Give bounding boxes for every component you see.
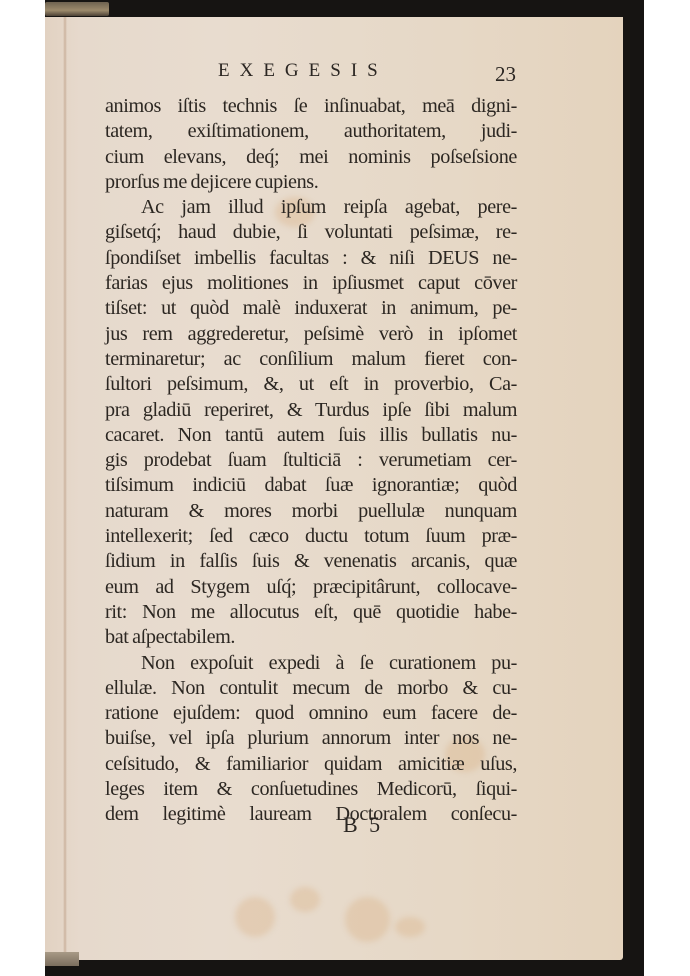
- text-line: terminaretur; ac conſilium malum fieret …: [105, 347, 517, 372]
- foxing-stain: [345, 897, 390, 942]
- text-line: ceſsitudo, & familiarior quidam amicitiæ…: [105, 752, 517, 777]
- text-line: tatem, exiſtimationem, authoritatem, jud…: [105, 119, 517, 144]
- body-text: animos iſtis technis ſe inſinuabat, meā …: [105, 94, 517, 828]
- text-line: buiſse, vel ipſa plurium annorum inter n…: [105, 726, 517, 751]
- text-line: farias ejus molitiones in ipſiusmet capu…: [105, 271, 517, 296]
- text-line: cacaret. Non tantū autem ſuis illis bull…: [105, 423, 517, 448]
- page-header: EXEGESIS 23: [156, 60, 516, 90]
- text-line: intellexerit; ſed cæco ductu totum ſuum …: [105, 524, 517, 549]
- text-line: ratione ejuſdem: quod omnino eum facere …: [105, 701, 517, 726]
- foxing-stain: [395, 917, 425, 937]
- text-line: bat aſpectabilem.: [105, 625, 517, 650]
- text-line: animos iſtis technis ſe inſinuabat, meā …: [105, 94, 517, 119]
- text-line: gis prodebat ſuam ſtulticiā : verumetiam…: [105, 448, 517, 473]
- text-line: tiſset: ut quòd malè induxerat in animum…: [105, 296, 517, 321]
- text-line: dem legitimè lauream Doctoralem conſecu-: [105, 802, 517, 827]
- text-line: tiſsimum indiciū dabat ſuæ ignorantiæ; q…: [105, 473, 517, 498]
- text-line: giſsetq́; haud dubie, ſi voluntati peſsi…: [105, 220, 517, 245]
- text-line: pra gladiū reperiret, & Turdus ipſe ſibi…: [105, 398, 517, 423]
- binding-tab-top: [45, 2, 109, 16]
- text-line: naturam & mores morbi puellulæ nunquam: [105, 499, 517, 524]
- running-title: EXEGESIS: [218, 60, 388, 82]
- text-line: Non expoſuit expedi à ſe curationem pu-: [105, 651, 517, 676]
- text-line: ſidium in falſis ſuis & venenatis arcani…: [105, 549, 517, 574]
- foxing-stain: [290, 887, 320, 912]
- signature-mark: B 5: [343, 812, 380, 838]
- text-line: eum ad Stygem uſq́; præcipitârunt, collo…: [105, 575, 517, 600]
- text-line: prorſus me dejicere cupiens.: [105, 170, 517, 195]
- binding-tab-bottom: [45, 952, 79, 966]
- text-line: ellulæ. Non contulit mecum de morbo & cu…: [105, 676, 517, 701]
- text-line: rit: Non me allocutus eſt, quē quotidie …: [105, 600, 517, 625]
- text-line: leges item & conſuetudines Medicorū, ſiq…: [105, 777, 517, 802]
- text-line: jus rem aggrederetur, peſsimè verò in ip…: [105, 322, 517, 347]
- text-line: Ac jam illud ipſum reipſa agebat, pere-: [105, 195, 517, 220]
- text-line: cium elevans, deq́; mei nominis poſseſsi…: [105, 145, 517, 170]
- text-line: ſultori peſsimum, &, ut eſt in proverbio…: [105, 372, 517, 397]
- page-number: 23: [495, 62, 516, 87]
- text-line: ſpondiſset imbellis facultas : & niſi DE…: [105, 246, 517, 271]
- foxing-stain: [235, 897, 275, 937]
